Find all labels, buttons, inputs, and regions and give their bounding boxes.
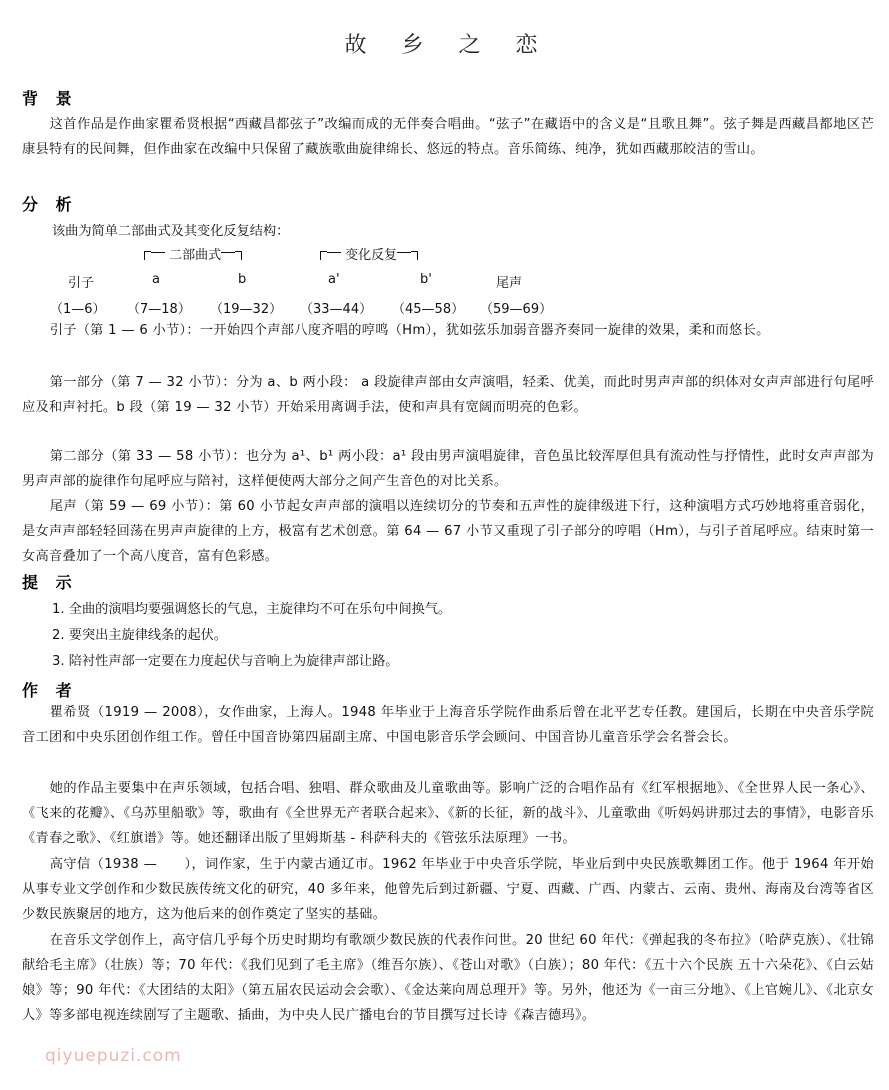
bracket-varied-repeat: 变化反复 (320, 244, 418, 263)
watermark: qiyuepuzi.com (45, 1046, 182, 1066)
part-a1: a' (328, 272, 340, 287)
part-b: b (238, 272, 246, 287)
page-title: 故 乡 之 恋 (22, 28, 874, 59)
analysis-paragraph-part1: 第一部分（第 7 — 32 小节）：分为 a、b 两小段： a 段旋律声部由女声… (22, 370, 874, 420)
author-paragraph-4: 在音乐文学创作上，高守信几乎每个历史时期均有歌颂少数民族的代表作问世。20 世纪… (22, 928, 874, 1028)
section-heading-tips: 提 示 (22, 570, 78, 593)
author-paragraph-2: 她的作品主要集中在声乐领域，包括合唱、独唱、群众歌曲及儿童歌曲等。影响广泛的合唱… (22, 776, 874, 851)
measures-a1: （33—44） (300, 298, 372, 317)
part-a: a (152, 272, 160, 287)
part-b1: b' (420, 272, 432, 287)
part-intro: 引子 (68, 272, 94, 291)
bracket-line-icon (397, 252, 411, 253)
bracket-right-icon (235, 251, 242, 260)
analysis-intro: 该曲为简单二部曲式及其变化反复结构： (52, 220, 289, 239)
bracket-binary-form: 二部曲式 (144, 244, 242, 263)
measures-b: （19—32） (210, 298, 282, 317)
analysis-paragraph-coda: 尾声（第 59 — 69 小节）：第 60 小节起女声声部的演唱以连续切分的节奏… (22, 494, 874, 569)
author-paragraph-3: 高守信（1938 — ），词作家，生于内蒙古通辽市。1962 年毕业于中央音乐学… (22, 852, 874, 927)
tip-item-2: 2. 要突出主旋律线条的起伏。 (52, 624, 227, 643)
bracket-binary-form-label: 二部曲式 (169, 248, 221, 263)
bracket-right-icon (411, 251, 418, 260)
analysis-paragraph-part2: 第二部分（第 33 — 58 小节）：也分为 a¹、b¹ 两小段：a¹ 段由男声… (22, 444, 874, 494)
bracket-line-icon (327, 252, 341, 253)
measures-coda: （59—69） (480, 298, 552, 317)
section-heading-analysis: 分 析 (22, 192, 78, 215)
bracket-line-icon (221, 252, 235, 253)
bracket-varied-repeat-label: 变化反复 (345, 248, 397, 263)
author-paragraph-1: 瞿希贤（1919 — 2008），女作曲家，上海人。1948 年毕业于上海音乐学… (22, 700, 874, 750)
tip-item-3: 3. 陪衬性声部一定要在力度起伏与音响上为旋律声部让路。 (52, 650, 398, 669)
measures-intro: （1—6） (50, 298, 106, 317)
analysis-paragraph-intro: 引子（第 1 — 6 小节）：一开始四个声部八度齐唱的哼鸣（Hm），犹如弦乐加弱… (22, 318, 874, 343)
section-heading-background: 背 景 (22, 86, 78, 109)
measures-b1: （45—58） (392, 298, 464, 317)
tip-item-1: 1. 全曲的演唱均要强调悠长的气息，主旋律均不可在乐句中间换气。 (52, 598, 451, 617)
section-heading-authors: 作 者 (22, 678, 78, 701)
background-paragraph: 这首作品是作曲家瞿希贤根据“西藏昌都弦子”改编而成的无伴奏合唱曲。“弦子”在藏语… (22, 112, 874, 162)
measures-a: （7—18） (127, 298, 191, 317)
bracket-left-icon (144, 251, 151, 260)
bracket-left-icon (320, 251, 327, 260)
bracket-line-icon (151, 252, 165, 253)
part-coda: 尾声 (496, 272, 522, 291)
